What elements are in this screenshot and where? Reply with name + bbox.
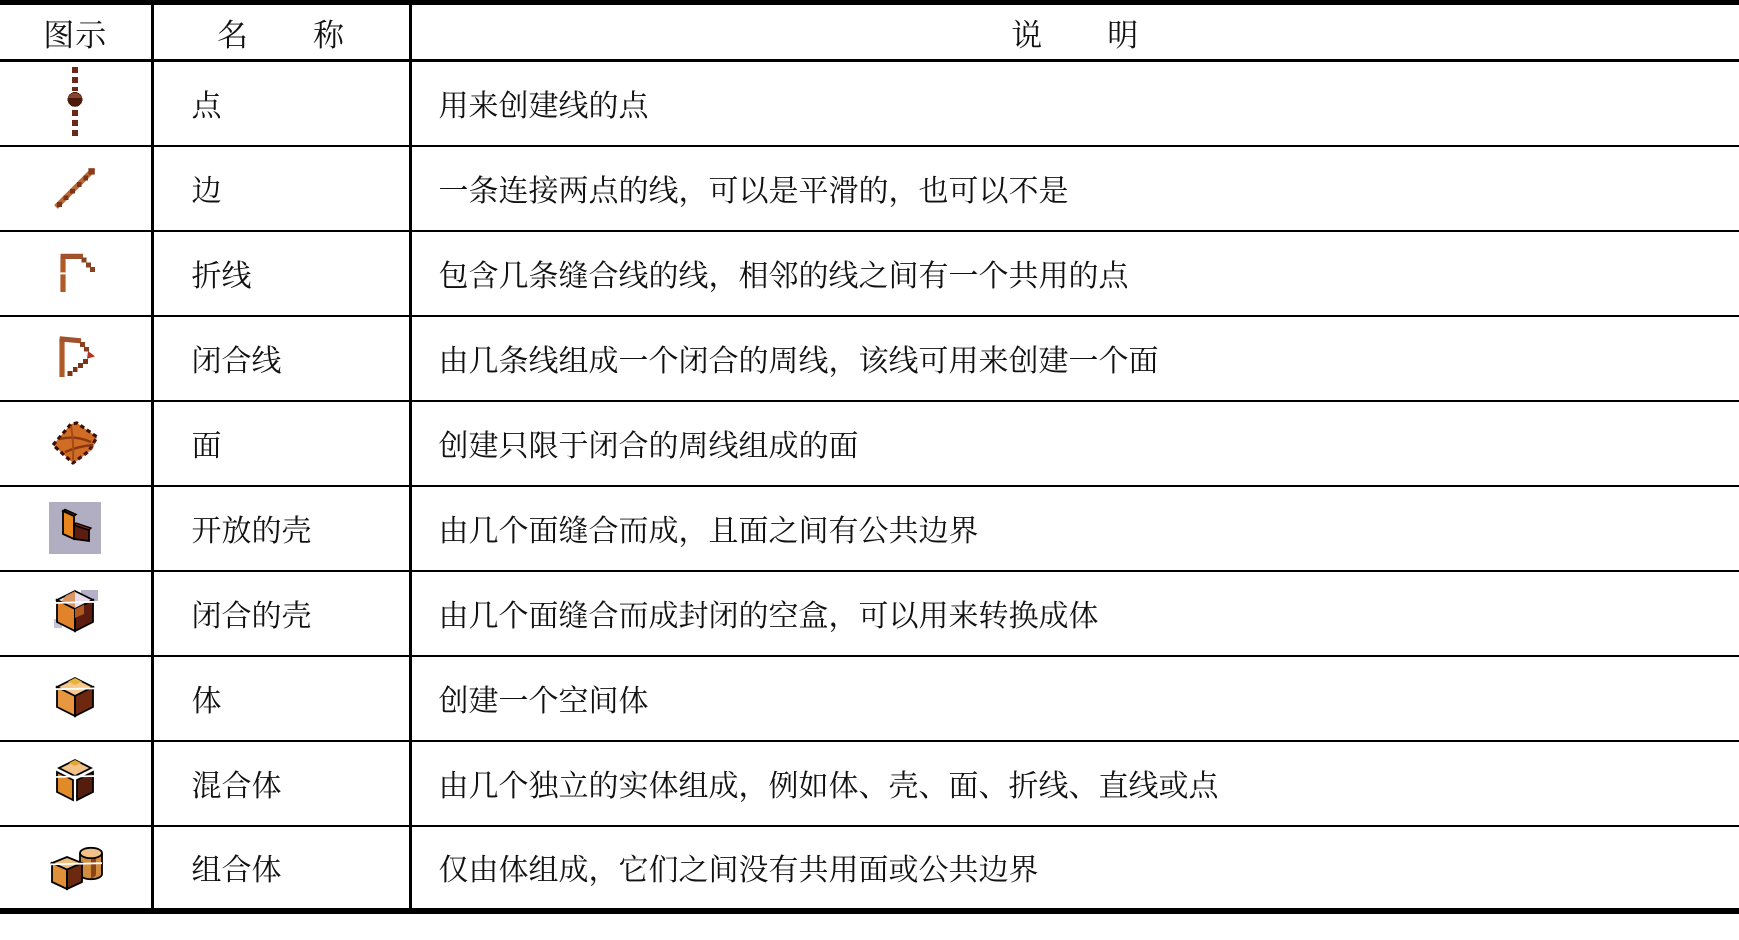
entity-description: 由几个面缝合而成，且面之间有公共边界 (410, 486, 1739, 571)
column-header-icon: 图示 (0, 3, 152, 61)
table-row: 开放的壳 由几个面缝合而成，且面之间有公共边界 (0, 486, 1739, 571)
entity-name: 混合体 (152, 741, 410, 826)
table-row: 边 一条连接两点的线，可以是平滑的，也可以不是 (0, 146, 1739, 231)
table-row: 点 用来创建线的点 (0, 61, 1739, 146)
body-icon (49, 672, 101, 724)
entity-description: 由几条线组成一个闭合的周线，该线可用来创建一个面 (410, 316, 1739, 401)
table-row: 折线 包含几条缝合线的线，相邻的线之间有一个共用的点 (0, 231, 1739, 316)
entity-description: 创建一个空间体 (410, 656, 1739, 741)
point-icon (64, 67, 86, 139)
open-shell-icon (49, 502, 101, 554)
table-row: 面 创建只限于闭合的周线组成的面 (0, 401, 1739, 486)
table-row: 闭合线 由几条线组成一个闭合的周线，该线可用来创建一个面 (0, 316, 1739, 401)
table-row: 体 创建一个空间体 (0, 656, 1739, 741)
table-row: 组合体 仅由体组成，它们之间没有共用面或公共边界 (0, 826, 1739, 911)
table-body: 点 用来创建线的点 边 一条连接两点的线，可以是平滑的，也可以不是 折线 包含几… (0, 61, 1739, 911)
entity-description: 用来创建线的点 (410, 61, 1739, 146)
table-row: 混合体 由几个独立的实体组成，例如体、壳、面、折线、直线或点 (0, 741, 1739, 826)
header-row: 图示 名 称 说 明 (0, 3, 1739, 61)
entity-description: 仅由体组成，它们之间没有共用面或公共边界 (410, 826, 1739, 911)
face-icon (47, 417, 103, 469)
composite-body-icon (46, 840, 104, 894)
entity-name: 体 (152, 656, 410, 741)
table-row: 闭合的壳 由几个面缝合而成封闭的空盒，可以用来转换成体 (0, 571, 1739, 656)
entity-name: 开放的壳 (152, 486, 410, 571)
closed-curve-icon (48, 330, 102, 386)
entity-reference-table: 图示 名 称 说 明 点 用来创建线的点 边 一条连接两点的线，可以是平滑的，也… (0, 0, 1739, 914)
polyline-icon (49, 246, 101, 300)
column-header-description: 说 明 (410, 3, 1739, 61)
entity-description: 由几个独立的实体组成，例如体、壳、面、折线、直线或点 (410, 741, 1739, 826)
column-header-name: 名 称 (152, 3, 410, 61)
mixed-body-icon (49, 756, 101, 810)
entity-name: 闭合的壳 (152, 571, 410, 656)
entity-description: 创建只限于闭合的周线组成的面 (410, 401, 1739, 486)
entity-name: 面 (152, 401, 410, 486)
entity-description: 包含几条缝合线的线，相邻的线之间有一个共用的点 (410, 231, 1739, 316)
entity-name: 组合体 (152, 826, 410, 911)
entity-name: 折线 (152, 231, 410, 316)
entity-name: 闭合线 (152, 316, 410, 401)
entity-description: 一条连接两点的线，可以是平滑的，也可以不是 (410, 146, 1739, 231)
closed-shell-icon (49, 587, 101, 639)
edge-icon (48, 161, 102, 215)
entity-name: 边 (152, 146, 410, 231)
entity-description: 由几个面缝合而成封闭的空盒，可以用来转换成体 (410, 571, 1739, 656)
entity-name: 点 (152, 61, 410, 146)
